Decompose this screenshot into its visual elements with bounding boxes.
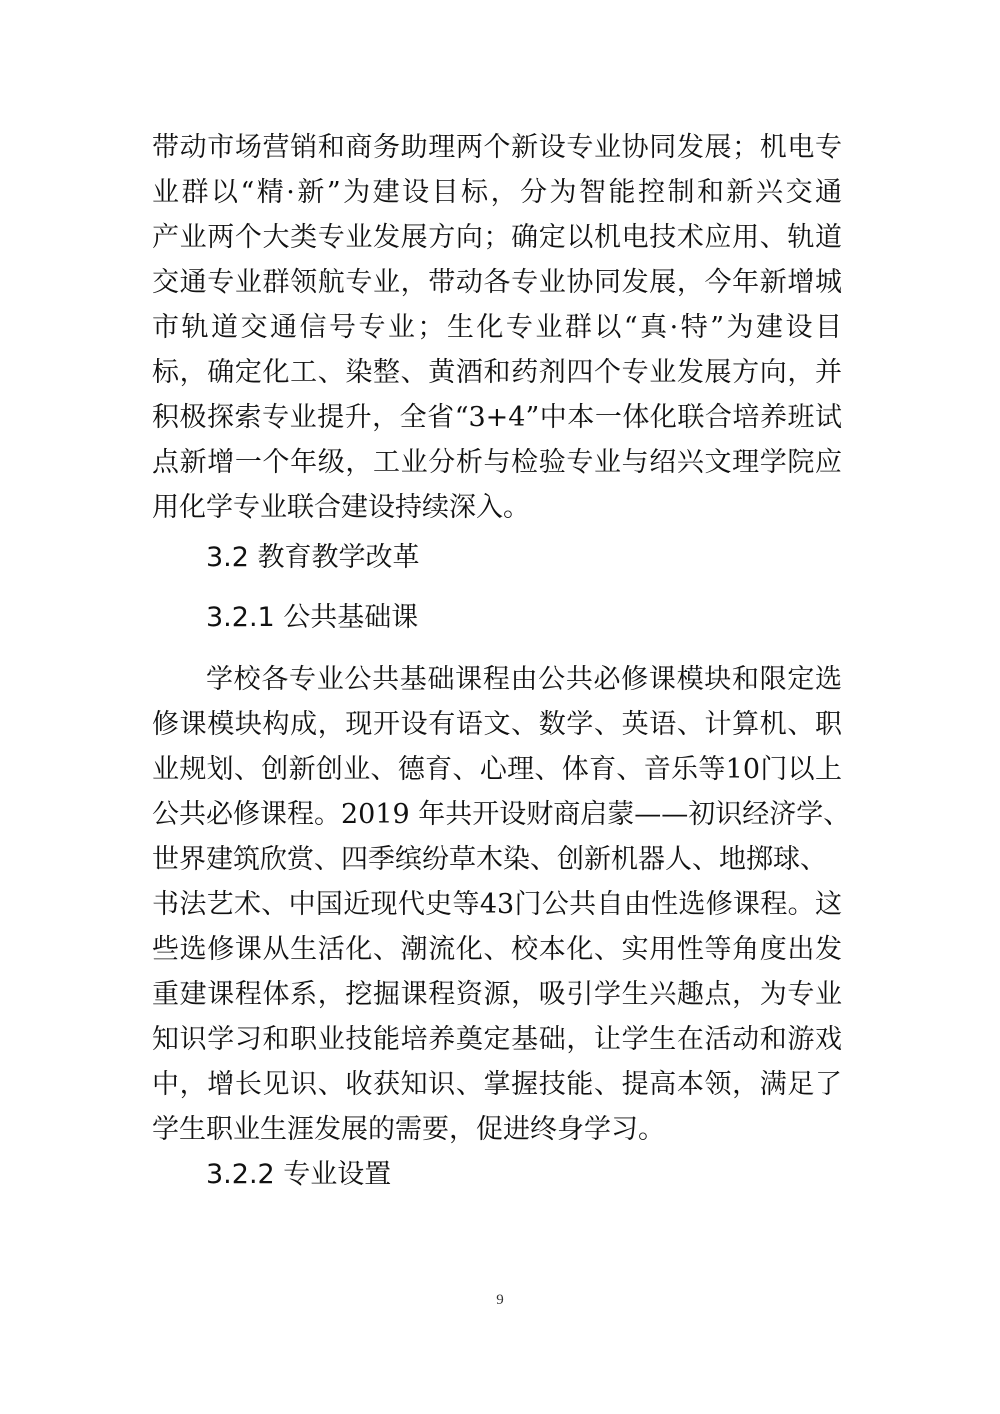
paragraph-line: 公共必修课程。2019 年共开设财商启蒙——初识经济学、: [152, 798, 842, 832]
paragraph-line: 重建课程体系，挖掘课程资源，吸引学生兴趣点，为专业: [152, 978, 842, 1012]
paragraph-line: 产业两个大类专业发展方向；确定以机电技术应用、轨道: [152, 221, 842, 255]
paragraph-line: 中，增长见识、收获知识、掌握技能、提高本领，满足了: [152, 1068, 842, 1102]
paragraph-line: 学校各专业公共基础课程由公共必修课模块和限定选: [206, 663, 842, 697]
section-heading-3-2-1: 3.2.1 公共基础课: [206, 601, 418, 635]
paragraph-line: 学生职业生涯发展的需要，促进终身学习。: [152, 1113, 842, 1147]
paragraph-line: 市轨道交通信号专业；生化专业群以“真·特”为建设目: [152, 311, 842, 345]
paragraph-line: 点新增一个年级，工业分析与检验专业与绍兴文理学院应: [152, 446, 842, 480]
paragraph-line: 用化学专业联合建设持续深入。: [152, 491, 842, 525]
paragraph-line: 修课模块构成，现开设有语文、数学、英语、计算机、职: [152, 708, 842, 742]
paragraph-line: 交通专业群领航专业，带动各专业协同发展，今年新增城: [152, 266, 842, 300]
document-page: 带动市场营销和商务助理两个新设专业协同发展；机电专 业群以“精·新”为建设目标，…: [0, 0, 1000, 1414]
paragraph-line: 标，确定化工、染整、黄酒和药剂四个专业发展方向，并: [152, 356, 842, 390]
paragraph-line: 知识学习和职业技能培养奠定基础，让学生在活动和游戏: [152, 1023, 842, 1057]
paragraph-line: 业群以“精·新”为建设目标，分为智能控制和新兴交通: [152, 176, 842, 210]
paragraph-line: 业规划、创新创业、德育、心理、体育、音乐等10门以上: [152, 753, 842, 787]
section-heading-3-2-2: 3.2.2 专业设置: [206, 1158, 391, 1192]
paragraph-line: 积极探索专业提升，全省“3+4”中本一体化联合培养班试: [152, 401, 842, 435]
paragraph-line: 些选修课从生活化、潮流化、校本化、实用性等角度出发: [152, 933, 842, 967]
section-heading-3-2: 3.2 教育教学改革: [206, 541, 420, 575]
paragraph-line: 书法艺术、中国近现代史等43门公共自由性选修课程。这: [152, 888, 842, 922]
page-number: 9: [0, 1292, 1000, 1309]
paragraph-line: 带动市场营销和商务助理两个新设专业协同发展；机电专: [152, 131, 842, 165]
paragraph-line: 世界建筑欣赏、四季缤纷草木染、创新机器人、地掷球、: [152, 843, 842, 877]
